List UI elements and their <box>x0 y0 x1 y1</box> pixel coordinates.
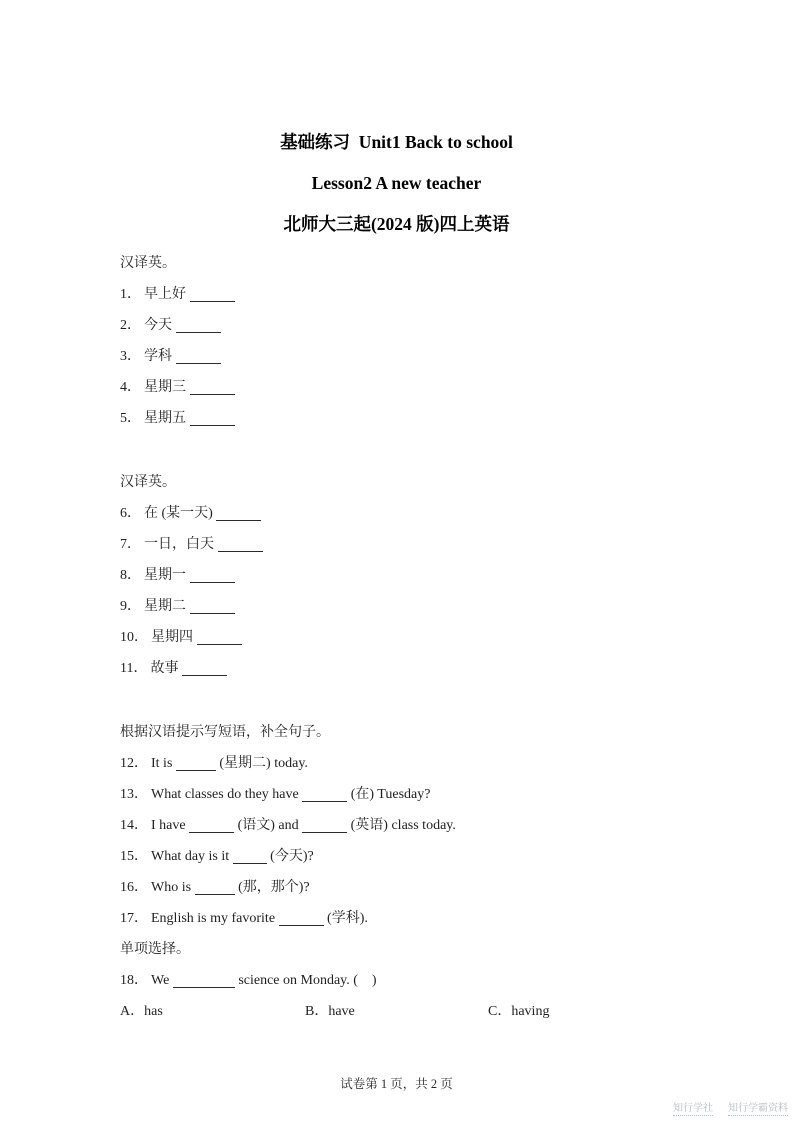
document-page: 基础练习 Unit1 Back to school Lesson2 A new … <box>0 0 793 1122</box>
answer-blank <box>190 394 235 395</box>
question-number: 4． <box>120 380 141 395</box>
answer-blank <box>279 925 324 926</box>
watermark-text-1: 知行学社 <box>673 1099 713 1116</box>
title-line-3: 北师大三起(2024 版)四上英语 <box>0 204 793 245</box>
question-number: 12． <box>120 756 148 771</box>
options-row: A．hasB．haveC．having <box>120 996 693 1027</box>
answer-blank <box>190 613 235 614</box>
answer-blank <box>176 363 221 364</box>
question-item: 10．星期四 <box>120 622 693 653</box>
question-number: 8． <box>120 568 141 583</box>
question-number: 5． <box>120 411 141 426</box>
question-item: 9．星期二 <box>120 591 693 622</box>
question-item: 13．What classes do they have (在) Tuesday… <box>120 779 693 810</box>
question-item: 1．早上好 <box>120 279 693 310</box>
question-text: 在 (某一天) <box>144 506 216 521</box>
answer-blank <box>190 425 235 426</box>
question-text: Who is <box>151 880 195 895</box>
question-text: (今天)? <box>267 849 314 864</box>
title-line-2: Lesson2 A new teacher <box>0 163 793 204</box>
section-instruction: 汉译英。 <box>120 467 693 498</box>
answer-blank <box>173 987 235 988</box>
watermark-text-2: 知行学霸资料 <box>728 1099 788 1116</box>
document-title-block: 基础练习 Unit1 Back to school Lesson2 A new … <box>0 0 793 245</box>
question-number: 11． <box>120 661 147 676</box>
question-item: 11．故事 <box>120 653 693 684</box>
question-text: (星期二) today. <box>216 756 308 771</box>
question-text: English is my favorite <box>151 911 279 926</box>
question-text: 星期五 <box>144 411 190 426</box>
section-gap <box>120 434 693 467</box>
question-number: 14． <box>120 818 148 833</box>
answer-blank <box>233 863 267 864</box>
question-text: 星期四 <box>151 630 197 645</box>
question-number: 15． <box>120 849 148 864</box>
option-item: C．having <box>488 996 549 1027</box>
question-text: (学科). <box>324 911 368 926</box>
question-item: 4．星期三 <box>120 372 693 403</box>
question-text: 星期二 <box>144 599 190 614</box>
question-item: 12．It is (星期二) today. <box>120 748 693 779</box>
question-number: 7． <box>120 537 141 552</box>
question-text: (那，那个)? <box>235 880 310 895</box>
answer-blank <box>216 520 261 521</box>
question-item: 15．What day is it (今天)? <box>120 841 693 872</box>
question-item: 2．今天 <box>120 310 693 341</box>
question-item: 5．星期五 <box>120 403 693 434</box>
answer-blank <box>190 582 235 583</box>
question-text: 星期三 <box>144 380 190 395</box>
question-number: 1． <box>120 287 141 302</box>
question-text: I have <box>151 818 189 833</box>
question-text: (英语) class today. <box>347 818 456 833</box>
question-text: 今天 <box>144 318 176 333</box>
question-number: 9． <box>120 599 141 614</box>
question-text: 故事 <box>150 661 182 676</box>
question-item: 6．在 (某一天) <box>120 498 693 529</box>
page-footer: 试卷第 1 页，共 2 页 <box>0 1074 793 1092</box>
question-item: 14．I have (语文) and (英语) class today. <box>120 810 693 841</box>
question-item: 17．English is my favorite (学科). <box>120 903 693 934</box>
question-number: 2． <box>120 318 141 333</box>
option-item: A．has <box>120 996 305 1027</box>
question-text: science on Monday. ( ) <box>235 973 377 988</box>
option-item: B．have <box>305 996 488 1027</box>
question-number: 13． <box>120 787 148 802</box>
section-instruction: 根据汉语提示写短语，补全句子。 <box>120 717 693 748</box>
question-item: 8．星期一 <box>120 560 693 591</box>
question-text: We <box>151 973 173 988</box>
answer-blank <box>197 644 242 645</box>
answer-blank <box>189 832 234 833</box>
answer-blank <box>182 675 227 676</box>
question-number: 6． <box>120 506 141 521</box>
question-text: 一日，白天 <box>144 537 218 552</box>
answer-blank <box>218 551 263 552</box>
answer-blank <box>195 894 235 895</box>
question-text: 星期一 <box>144 568 190 583</box>
watermark: 知行学社 知行学霸资料 <box>673 1099 788 1116</box>
answer-blank <box>302 832 347 833</box>
question-item: 16．Who is (那，那个)? <box>120 872 693 903</box>
question-number: 18． <box>120 973 148 988</box>
sections: 汉译英。1．早上好 2．今天 3．学科 4．星期三 5．星期五 汉译英。6．在 … <box>120 248 693 1027</box>
question-text: It is <box>151 756 176 771</box>
question-item: 3．学科 <box>120 341 693 372</box>
section-gap <box>120 684 693 717</box>
question-number: 3． <box>120 349 141 364</box>
section-instruction: 单项选择。 <box>120 934 693 965</box>
answer-blank <box>190 301 235 302</box>
question-number: 10． <box>120 630 148 645</box>
question-item: 7．一日，白天 <box>120 529 693 560</box>
question-item: 18．We science on Monday. ( ) <box>120 965 693 996</box>
question-text: 学科 <box>144 349 176 364</box>
answer-blank <box>176 770 216 771</box>
section-instruction: 汉译英。 <box>120 248 693 279</box>
question-text: What classes do they have <box>151 787 302 802</box>
answer-blank <box>302 801 347 802</box>
question-text: (语文) and <box>234 818 302 833</box>
question-number: 16． <box>120 880 148 895</box>
question-text: (在) Tuesday? <box>347 787 430 802</box>
answer-blank <box>176 332 221 333</box>
question-text: 早上好 <box>144 287 190 302</box>
question-text: What day is it <box>151 849 233 864</box>
question-number: 17． <box>120 911 148 926</box>
title-line-1: 基础练习 Unit1 Back to school <box>0 122 793 163</box>
